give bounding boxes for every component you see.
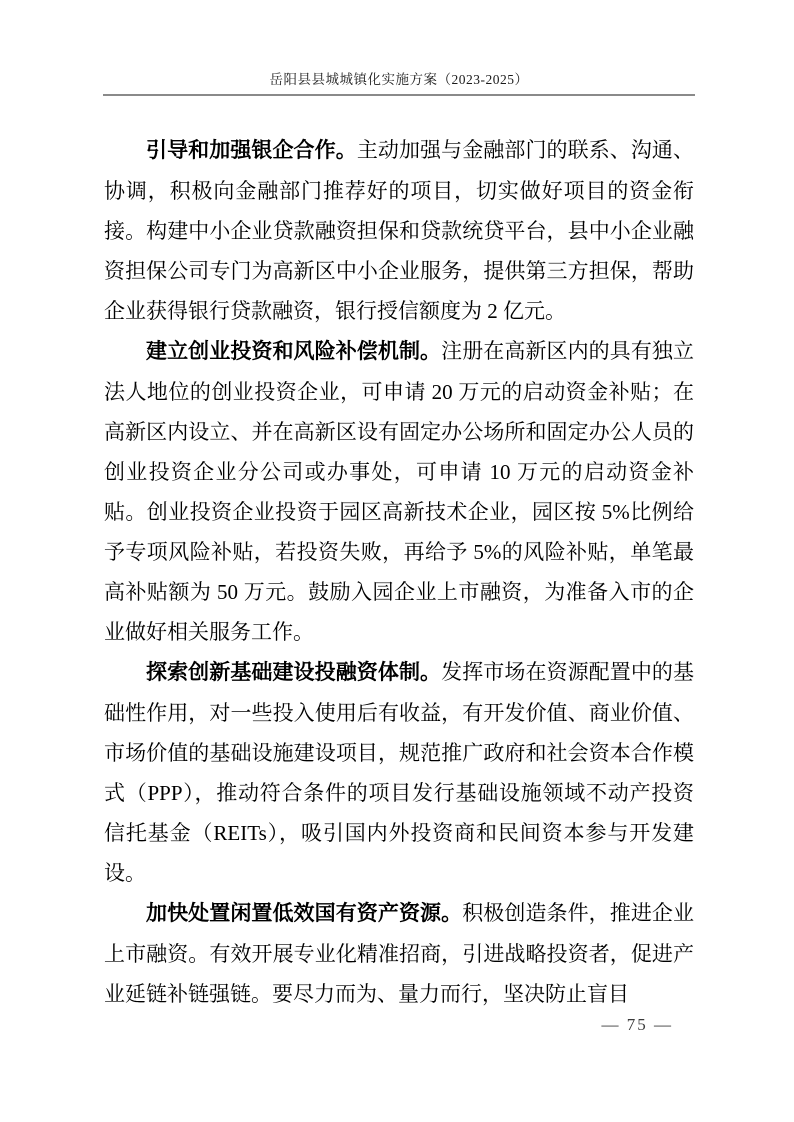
header-title: 岳阳县县城城镇化实施方案（2023-2025） bbox=[104, 68, 694, 88]
paragraph-lead: 建立创业投资和风险补偿机制。 bbox=[146, 340, 441, 363]
paragraph-lead: 探索创新基础建设投融资体制。 bbox=[146, 661, 441, 684]
paragraph-text: 注册在高新区内的具有独立法人地位的创业投资企业，可申请 20 万元的启动资金补贴… bbox=[104, 339, 694, 644]
document-body: 引导和加强银企合作。主动加强与金融部门的联系、沟通、协调，积极向金融部门推荐好的… bbox=[104, 130, 694, 1014]
paragraph-text: 主动加强与金融部门的联系、沟通、协调，积极向金融部门推荐好的项目，切实做好项目的… bbox=[104, 138, 694, 323]
paragraph-infrastructure-financing-system: 探索创新基础建设投融资体制。发挥市场在资源配置中的基础性作用，对一些投入使用后有… bbox=[104, 652, 694, 893]
paragraph-lead: 加快处置闲置低效国有资产资源。 bbox=[146, 902, 462, 925]
header-rule bbox=[103, 94, 695, 96]
paragraph-idle-state-assets-disposal: 加快处置闲置低效国有资产资源。积极创造条件，推进企业上市融资。有效开展专业化精准… bbox=[104, 893, 694, 1014]
page-number: — 75 — bbox=[602, 1015, 674, 1035]
paragraph-bank-enterprise-cooperation: 引导和加强银企合作。主动加强与金融部门的联系、沟通、协调，积极向金融部门推荐好的… bbox=[104, 130, 694, 331]
paragraph-text: 发挥市场在资源配置中的基础性作用，对一些投入使用后有收益，有开发价值、商业价值、… bbox=[104, 660, 694, 885]
document-page: 岳阳县县城城镇化实施方案（2023-2025） 引导和加强银企合作。主动加强与金… bbox=[0, 0, 794, 1122]
paragraph-venture-investment-mechanism: 建立创业投资和风险补偿机制。注册在高新区内的具有独立法人地位的创业投资企业，可申… bbox=[104, 331, 694, 652]
paragraph-lead: 引导和加强银企合作。 bbox=[146, 139, 357, 162]
